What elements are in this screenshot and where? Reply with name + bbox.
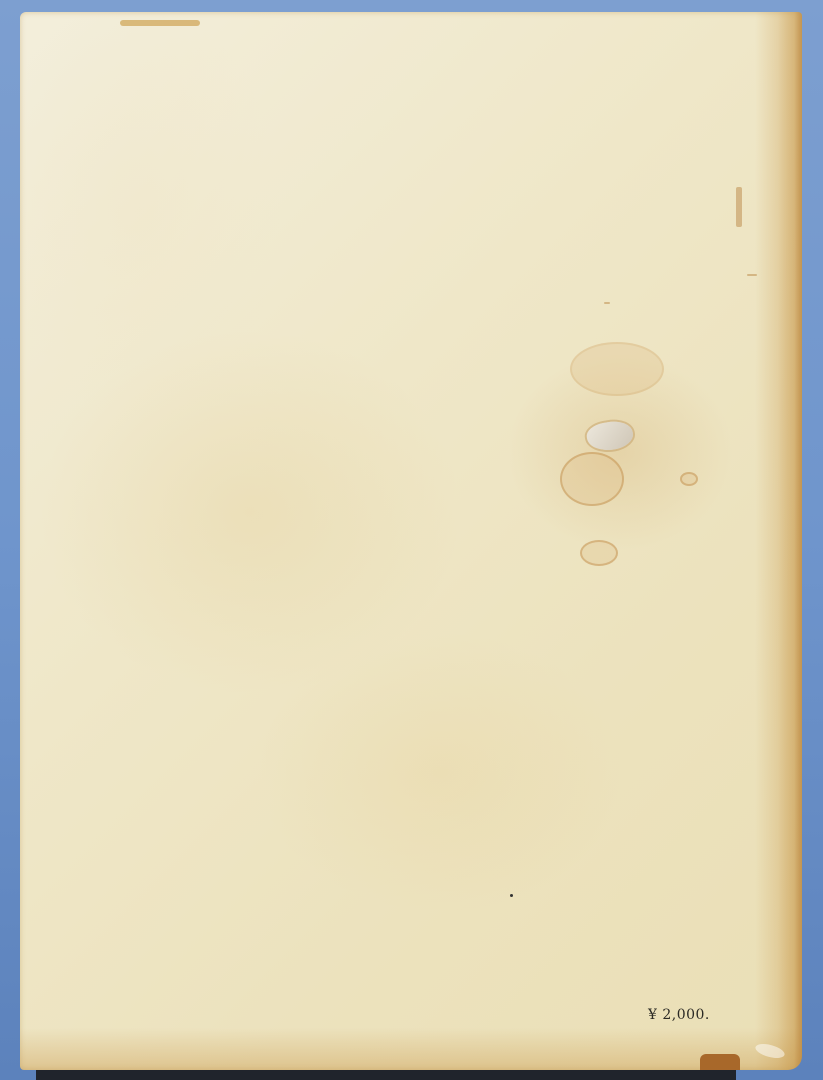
ink-speck [510,894,513,897]
water-stain [680,472,698,486]
bottom-edge-tear [700,1054,740,1070]
water-stain [580,540,618,566]
edge-streak [604,302,610,304]
torn-sticker-residue [575,417,655,457]
right-edge-discoloration [778,12,802,1070]
price-label: ¥ 2,000. [648,1007,710,1023]
edge-streak [736,187,742,227]
water-stain [560,452,624,506]
book-back-cover: ¥ 2,000. [20,12,802,1070]
top-edge-stain [120,20,200,26]
sticker-patch [585,418,635,454]
edge-streak [747,274,757,276]
water-stain [570,342,664,396]
